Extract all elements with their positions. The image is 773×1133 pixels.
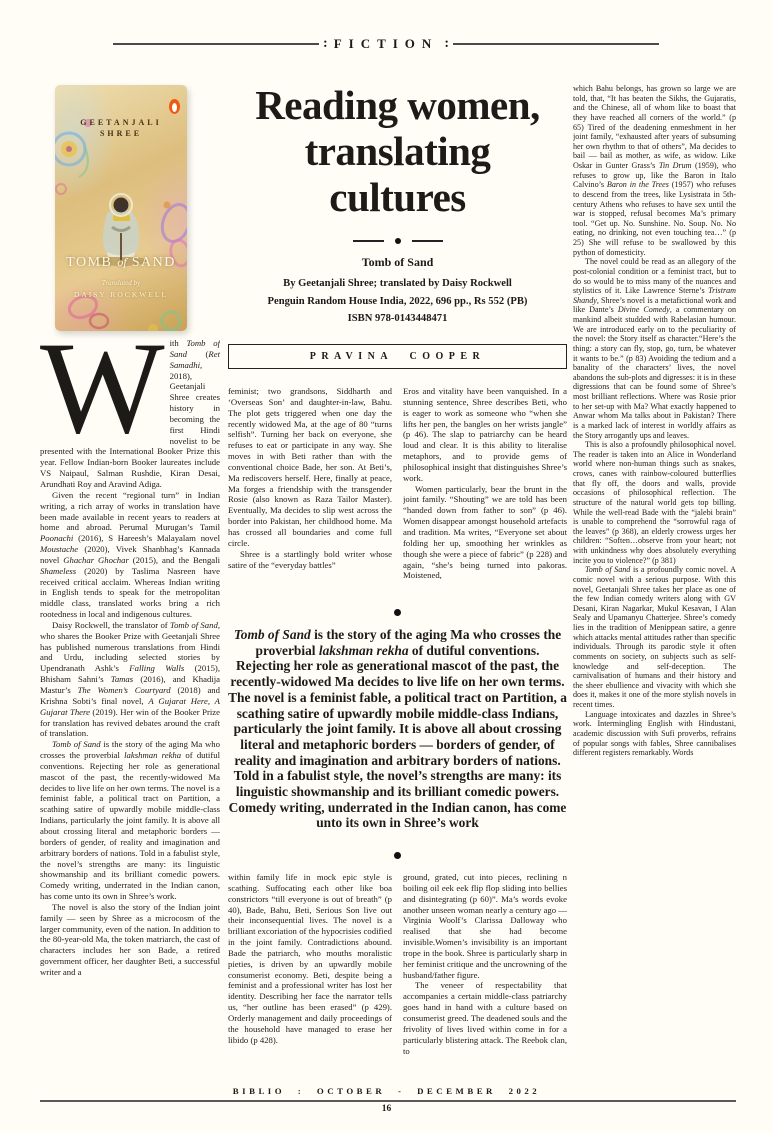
article-paragraph: Eros and vitality have been vanquished. … [403,386,567,484]
drop-cap: W [40,339,165,437]
article-title: Reading women, translating cultures [228,82,567,220]
article-paragraph: The novel is also the story of the India… [40,902,220,978]
rubric-colon-left: : [323,36,328,52]
article-paragraph: Tomb of Sand is the story of the aging M… [40,739,220,902]
cover-book-title: TOMB of SAND [55,255,187,271]
article-paragraph: Given the recent “regional turn” in Indi… [40,490,220,620]
isbn-line: ISBN 978-0143448471 [228,313,567,324]
right-text-column: which Bahu belongs, has grown so large w… [573,84,736,1076]
article-paragraph: Women particularly, bear the brunt in th… [403,484,567,582]
rubric-rule-left [113,43,319,45]
article-paragraph: which Bahu belongs, has grown so large w… [573,84,736,257]
cover-translator-name: DAISY ROCKWELL [55,290,187,299]
cover-translated-by: Translated by [55,279,187,287]
footer-issue: OCTOBER - DECEMBER 2022 [317,1086,540,1096]
article-paragraph: The novel could be read as an allegory o… [573,257,736,440]
book-details-block: Tomb of Sand By Geetanjali Shree; transl… [228,238,567,331]
book-cover-image: GEETANJALI SHREE TOMB of SAND Translated… [55,85,187,331]
middle-left-column-top: feminist; two grandsons, Siddharth and ‘… [228,386,392,608]
cover-author-name: GEETANJALI SHREE [55,117,187,139]
section-label: FICTION [334,36,439,52]
middle-left-column-bottom: within family life in mock epic style is… [228,872,392,1072]
magazine-page: : FICTION : [0,0,773,1133]
article-paragraph: within family life in mock epic style is… [228,872,392,1046]
rubric-colon-right: : [444,36,449,52]
author-translator-credit: By Geetanjali Shree; translated by Daisy… [228,278,567,289]
rubric-rule-right [453,43,659,45]
footer-separator: : [298,1086,304,1096]
footer-journal-name: BIBLIO [233,1086,285,1096]
article-title-line-2: translating [228,128,567,174]
article-paragraph: ground, grated, cut into pieces, reclini… [403,872,567,980]
pull-quote-dot-bottom [394,852,401,859]
page-number: 16 [0,1104,773,1114]
footer-journal-line: BIBLIO : OCTOBER - DECEMBER 2022 [0,1086,773,1096]
footer-rule [40,1100,736,1102]
title-divider [228,238,567,244]
article-paragraph: Language intoxicates and dazzles in Shre… [573,710,736,758]
publisher-line: Penguin Random House India, 2022, 696 pp… [228,296,567,307]
divider-dot [395,238,401,244]
middle-right-column-top: Eros and vitality have been vanquished. … [403,386,567,608]
article-paragraph: feminist; two grandsons, Siddharth and ‘… [228,386,392,549]
article-paragraph: With Tomb of Sand (Ret Samadhi, 2018), G… [40,338,220,490]
reviewed-book-title: Tomb of Sand [228,255,567,270]
left-text-column: With Tomb of Sand (Ret Samadhi, 2018), G… [40,338,220,1068]
article-paragraph: Shree is a startlingly bold writer whose… [228,549,392,571]
reviewer-name: PRAVINA COOPER [310,351,486,362]
article-paragraph: Tomb of Sand is a profoundly comic novel… [573,565,736,709]
pull-quote-dot-top [394,609,401,616]
article-paragraph: Daisy Rockwell, the translator of Tomb o… [40,620,220,739]
penguin-logo-icon [169,99,180,114]
middle-right-column-bottom: ground, grated, cut into pieces, reclini… [403,872,567,1072]
pull-quote: Tomb of Sand is the story of the aging M… [228,627,567,848]
reviewer-byline-box: PRAVINA COOPER [228,344,567,369]
article-title-line-1: Reading women, [228,82,567,128]
article-paragraph: The veneer of respectability that accomp… [403,980,567,1056]
section-rubric: : FICTION : [113,36,659,52]
article-title-line-3: cultures [228,174,567,220]
article-paragraph: This is also a profoundly philosophical … [573,440,736,565]
